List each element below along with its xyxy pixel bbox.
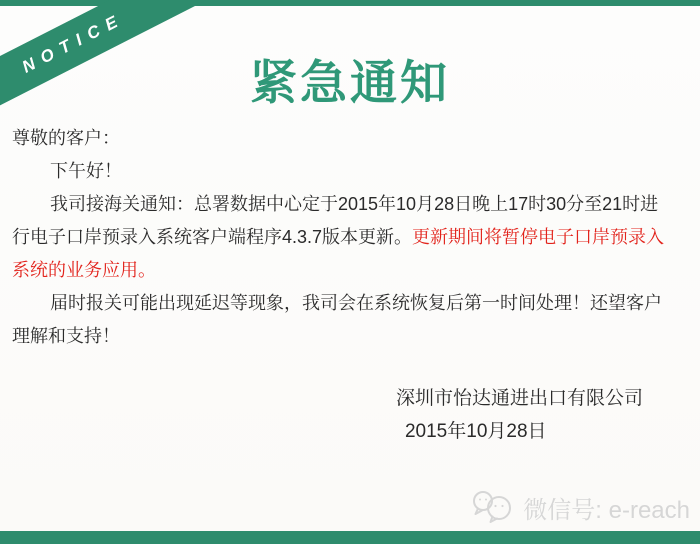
body-text-segment: 行电子口岸预录入系统客户端程序4.3.7版本更新。 — [12, 227, 412, 247]
body-text-highlight: 系统的业务应用。 — [12, 260, 156, 280]
body-text-segment: 我司接海关通知：总署数据中心定于2015年10月28日晚上17时30分至21时进 — [50, 194, 658, 214]
body-line-salutation: 尊敬的客户： — [12, 122, 688, 155]
bottom-green-bar — [0, 531, 700, 544]
signature-date: 2015年10月28日 — [405, 415, 643, 448]
signature-company: 深圳市怡达通进出口有限公司 — [396, 382, 643, 415]
body-text-highlight: 更新期间将暂停电子口岸预录入 — [412, 227, 664, 247]
watermark-label: 微信号: e-reach — [523, 490, 690, 525]
body-line: 届时报关可能出现延迟等现象，我司会在系统恢复后第一时间处理！还望客户 — [12, 287, 688, 320]
body-text-segment: 尊敬的客户： — [12, 128, 120, 148]
signature-block: 深圳市怡达通进出口有限公司 2015年10月28日 — [396, 382, 643, 448]
wechat-icon — [471, 489, 517, 525]
wechat-watermark: 微信号: e-reach — [471, 489, 690, 525]
page-title: 紧急通知 — [0, 46, 700, 113]
body-line: 理解和支持！ — [12, 320, 688, 353]
body-text-segment: 理解和支持！ — [12, 326, 120, 346]
body-line: 我司接海关通知：总署数据中心定于2015年10月28日晚上17时30分至21时进 — [12, 188, 688, 221]
body-text-segment: 下午好！ — [50, 161, 122, 181]
body-line-greeting: 下午好！ — [12, 155, 688, 188]
notice-body: 尊敬的客户： 下午好！ 我司接海关通知：总署数据中心定于2015年10月28日晚… — [12, 122, 688, 353]
notice-page: NOTICE 紧急通知 尊敬的客户： 下午好！ 我司接海关通知：总署数据中心定于… — [0, 0, 700, 544]
body-line: 行电子口岸预录入系统客户端程序4.3.7版本更新。更新期间将暂停电子口岸预录入 — [12, 221, 688, 254]
body-text-segment: 届时报关可能出现延迟等现象，我司会在系统恢复后第一时间处理！还望客户 — [50, 293, 662, 313]
body-line: 系统的业务应用。 — [12, 254, 688, 287]
